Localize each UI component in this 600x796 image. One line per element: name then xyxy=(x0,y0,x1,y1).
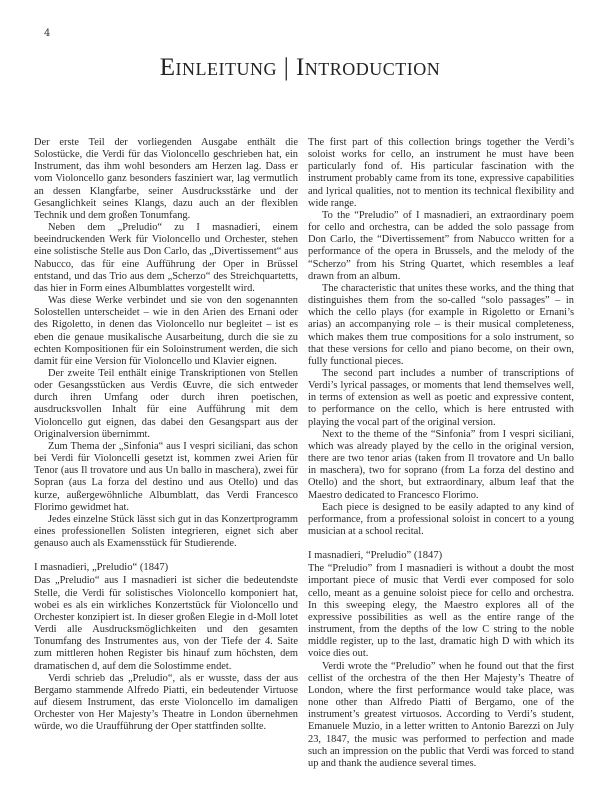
paragraph: Jedes einzelne Stück lässt sich gut in d… xyxy=(34,514,298,550)
paragraph: Der erste Teil der vorliegenden Ausgabe … xyxy=(34,137,298,222)
section-heading: I masnadieri, „Preludio“ (1847) xyxy=(34,562,298,574)
paragraph: Next to the theme of the “Sinfonia” from… xyxy=(308,429,574,502)
english-column: The first part of this collection brings… xyxy=(308,137,574,770)
german-column: Der erste Teil der vorliegenden Ausgabe … xyxy=(34,137,298,734)
paragraph: Each piece is designed to be easily adap… xyxy=(308,502,574,538)
paragraph: The second part includes a number of tra… xyxy=(308,368,574,429)
paragraph: Verdi schrieb das „Preludio“, als er wus… xyxy=(34,673,298,734)
paragraph: Verdi wrote the “Preludio” when he found… xyxy=(308,661,574,770)
paragraph: Das „Preludio“ aus I masnadieri ist sich… xyxy=(34,575,298,672)
paragraph: The “Preludio” from I masnadieri is with… xyxy=(308,563,574,660)
page-number: 4 xyxy=(44,28,50,39)
paragraph: To the “Preludio” of I masnadieri, an ex… xyxy=(308,210,574,283)
paragraph: The characteristic that unites these wor… xyxy=(308,283,574,368)
paragraph: Zum Thema der „Sinfonia“ aus I vespri si… xyxy=(34,441,298,514)
section-heading: I masnadieri, “Preludio” (1847) xyxy=(308,550,574,562)
paragraph: Neben dem „Preludio“ zu I masnadieri, ei… xyxy=(34,222,298,295)
page-title: Einleitung | Introduction xyxy=(0,54,600,82)
paragraph: Was diese Werke verbindet und sie von de… xyxy=(34,295,298,368)
paragraph: Der zweite Teil enthält einige Transkrip… xyxy=(34,368,298,441)
paragraph: The first part of this collection brings… xyxy=(308,137,574,210)
